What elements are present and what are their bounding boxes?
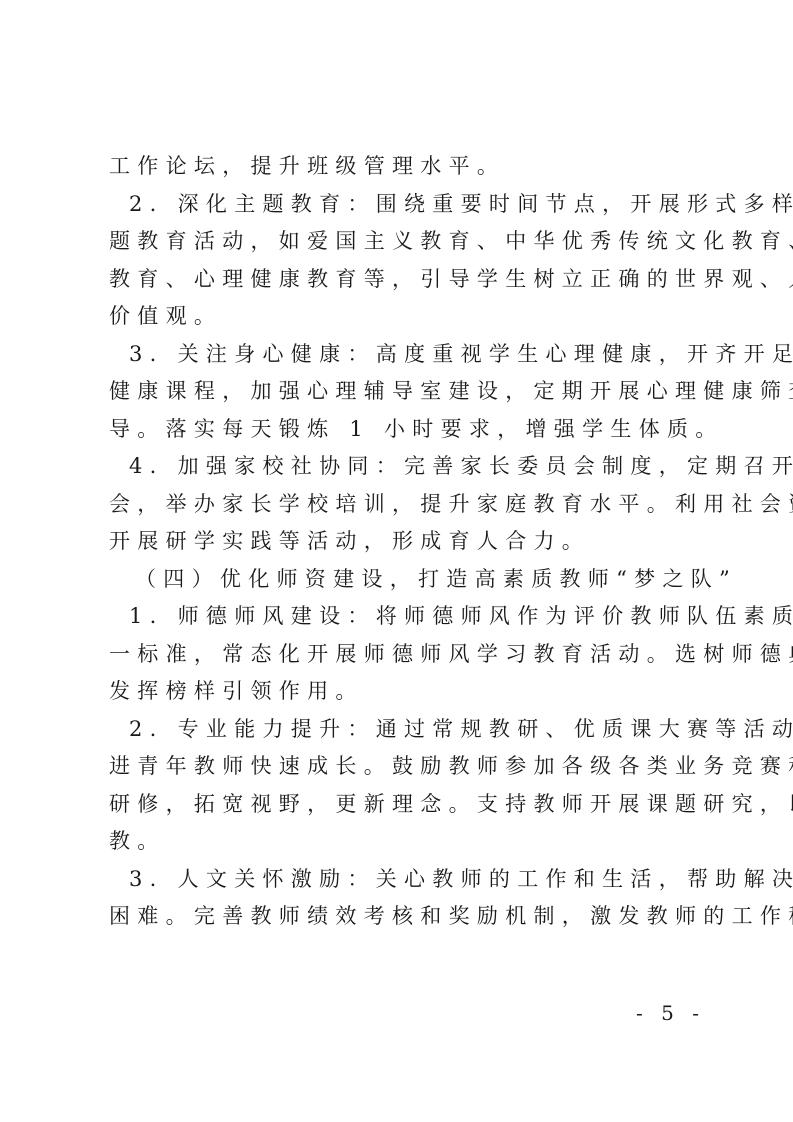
- paragraph-line: 教。: [109, 823, 681, 861]
- section-heading-teacher-team: （四）优化师资建设，打造高素质教师“梦之队”: [109, 561, 681, 599]
- paragraph-line: 发挥榜样引领作用。: [109, 673, 681, 711]
- paragraph-line: 健康课程，加强心理辅导室建设，定期开展心理健康筛查和辅: [109, 373, 681, 411]
- page-number: - 5 -: [636, 1001, 705, 1025]
- paragraph-line: 研修，拓宽视野，更新理念。支持教师开展课题研究，以研促: [109, 786, 681, 824]
- paragraph-line-item-4-home-school: 4. 加强家校社协同：完善家长委员会制度，定期召开家长: [109, 448, 681, 486]
- paragraph-line: 开展研学实践等活动，形成育人合力。: [109, 523, 681, 561]
- document-body: 工作论坛，提升班级管理水平。 2. 深化主题教育：围绕重要时间节点，开展形式多样…: [109, 148, 681, 936]
- paragraph-line: 会，举办家长学校培训，提升家庭教育水平。利用社会资源，: [109, 486, 681, 524]
- paragraph-line-item-1-ethics: 1. 师德师风建设：将师德师风作为评价教师队伍素质的第: [109, 598, 681, 636]
- paragraph-line: 导。落实每天锻炼 1 小时要求，增强学生体质。: [109, 411, 681, 449]
- paragraph-line-item-3-care: 3. 人文关怀激励：关心教师的工作和生活，帮助解决实际: [109, 861, 681, 899]
- paragraph-line-item-2-professional: 2. 专业能力提升：通过常规教研、优质课大赛等活动，促: [109, 711, 681, 749]
- paragraph-line: 一标准，常态化开展师德师风学习教育活动。选树师德典型，: [109, 636, 681, 674]
- paragraph-line: 进青年教师快速成长。鼓励教师参加各级各类业务竞赛和培训: [109, 748, 681, 786]
- paragraph-line: 价值观。: [109, 298, 681, 336]
- paragraph-line: 工作论坛，提升班级管理水平。: [109, 148, 681, 186]
- paragraph-line: 教育、心理健康教育等，引导学生树立正确的世界观、人生观、: [109, 261, 681, 299]
- paragraph-line-item-3-health: 3. 关注身心健康：高度重视学生心理健康，开齐开足心理: [109, 336, 681, 374]
- paragraph-line: 题教育活动，如爱国主义教育、中华优秀传统文化教育、法治: [109, 223, 681, 261]
- paragraph-line-item-2-theme-education: 2. 深化主题教育：围绕重要时间节点，开展形式多样的主: [109, 186, 681, 224]
- paragraph-line: 困难。完善教师绩效考核和奖励机制，激发教师的工作积极性: [109, 898, 681, 936]
